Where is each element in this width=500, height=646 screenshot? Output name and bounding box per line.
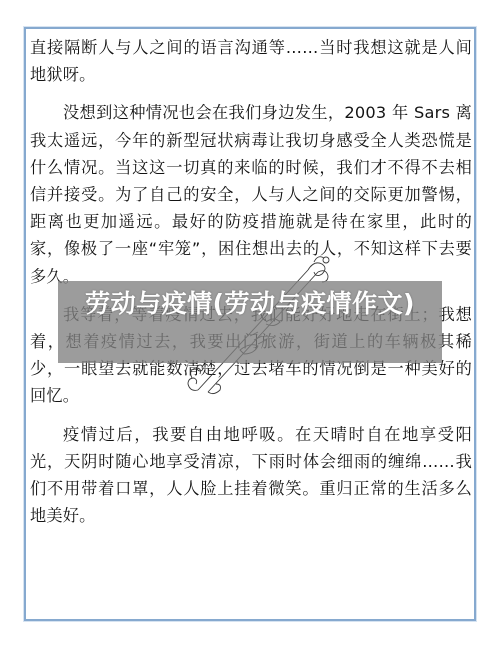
paragraph-1: 直接隔断人与人之间的语言沟通等……当时我想这就是人间地狱呀。 (30, 34, 472, 88)
paragraph-2: 没想到这种情况也会在我们身边发生，2003 年 Sars 离我太遥远，今年的新型… (30, 99, 472, 289)
overlay-title: 劳动与疫情(劳动与疫情作文) (80, 289, 420, 319)
title-overlay-banner: 劳动与疫情(劳动与疫情作文) (58, 281, 442, 363)
paragraph-4: 疫情过后，我要自由地呼吸。在天晴时自在地享受阳光，天阴时随心地享受清凉，下雨时体… (30, 421, 472, 530)
